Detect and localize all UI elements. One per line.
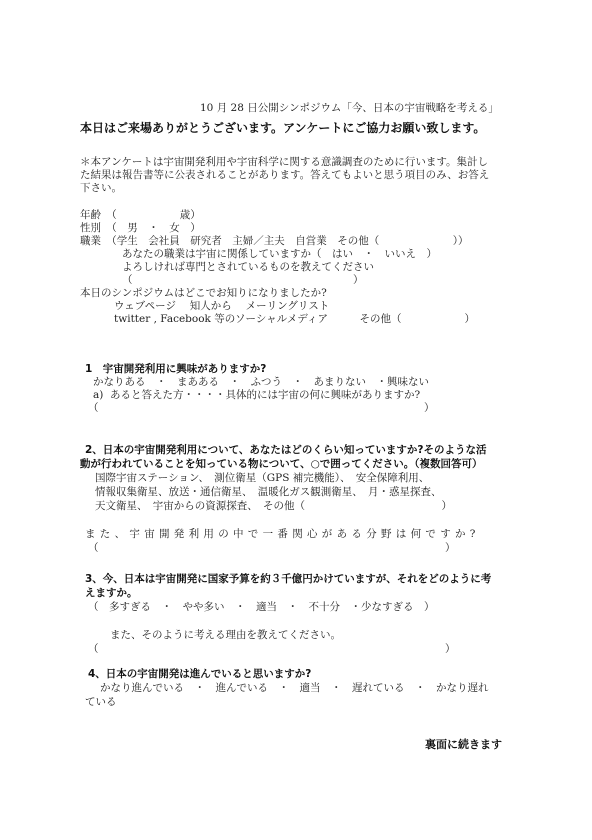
- specialty-question: よろしければ専門とされているものを教えてください: [122, 261, 374, 274]
- q2-options-2[interactable]: 情報収集衛星、放送・通信衛星、 温暖化ガス観測衛星、 月・惑星探査、: [95, 486, 442, 499]
- q4-question: 4、日本の宇宙開発は進んでいると思いますか?: [88, 668, 311, 681]
- q2-follow-question: また、宇宙開発利用の中で一番関心がある分野は何ですか?: [85, 528, 480, 541]
- source-options-2[interactable]: twitter , Facebook 等のソーシャルメディア その他（ ）: [114, 313, 475, 326]
- q3-question-1: 3、今、日本は宇宙開発に国家予算を約３千億円かけていますが、それをどのように考: [85, 573, 491, 586]
- event-line: 10 月 28 日公開シンポジウム「今、日本の宇宙戦略を考える」: [200, 102, 499, 115]
- intro-line-3: 下さい。: [80, 182, 122, 195]
- intro-line-1: ＊本アンケートは宇宙開発利用や宇宙科学に関する意識調査のために行います。集計し: [80, 156, 488, 169]
- q2-options-1[interactable]: 国際宇宙ステーション、 測位衛星（GPS 補完機能）、 安全保障利用、: [95, 472, 429, 485]
- intro-line-2: た結果は報告書等に公表されることがあります。答えてもよいと思う項目のみ、お答え: [80, 169, 489, 182]
- q2-options-3[interactable]: 天文衛星、 宇宙からの資源探査、 その他（ ）: [95, 500, 452, 513]
- specialty-input[interactable]: （ ）: [122, 274, 364, 287]
- q3-follow-question: また、そのように考える理由を教えてください。: [110, 629, 341, 642]
- q3-question-2: えますか。: [85, 587, 138, 600]
- q1-answer-input[interactable]: （ ）: [88, 402, 435, 415]
- page-title: 本日はご来場ありがとうございます。アンケートにご協力お願い致します。: [80, 122, 485, 135]
- space-related-field[interactable]: あなたの職業は宇宙に関係していますか（ はい ・ いいえ ）: [122, 248, 437, 261]
- age-field[interactable]: 年齢 （ 歳）: [80, 209, 201, 222]
- q4-options-2[interactable]: ている: [85, 696, 117, 709]
- q2-answer-input[interactable]: （ ）: [88, 542, 456, 555]
- q4-options-1[interactable]: かなり進んでいる ・ 進んでいる ・ 適当 ・ 遅れている ・ かなり遅れ: [100, 682, 489, 695]
- q1-options[interactable]: かなりある ・ まあある ・ ふつう ・ あまりない ・興味ない: [93, 376, 429, 389]
- q3-answer-input[interactable]: （ ）: [88, 643, 456, 656]
- source-options-1[interactable]: ウェブページ 知人から メーリングリスト: [114, 300, 329, 313]
- occupation-field[interactable]: 職業 （学生 会社員 研究者 主婦／主夫 自営業 その他（ ））: [80, 235, 469, 248]
- continue-note: 裏面に続きます: [425, 738, 502, 751]
- q2-question-2: 動が行われていることを知っている物について、○で囲ってください。（複数回答可）: [80, 458, 483, 471]
- gender-field[interactable]: 性別 （ 男 ・ 女 ）: [80, 222, 201, 235]
- q1-question: 1 宇宙開発利用に興味がありますか?: [85, 363, 266, 376]
- source-question: 本日のシンポジウムはどこでお知りになりましたか?: [80, 287, 327, 300]
- q1-sub-question: a) あると答えた方・・・・具体的には宇宙の何に興味がありますか?: [93, 389, 420, 402]
- q3-options[interactable]: （ 多すぎる ・ やや多い ・ 適当 ・ 不十分 ・少なすぎる ）: [88, 601, 435, 614]
- q2-question-1: 2、日本の宇宙開発利用について、あなたはどのくらい知っていますか?そのような活: [85, 444, 486, 457]
